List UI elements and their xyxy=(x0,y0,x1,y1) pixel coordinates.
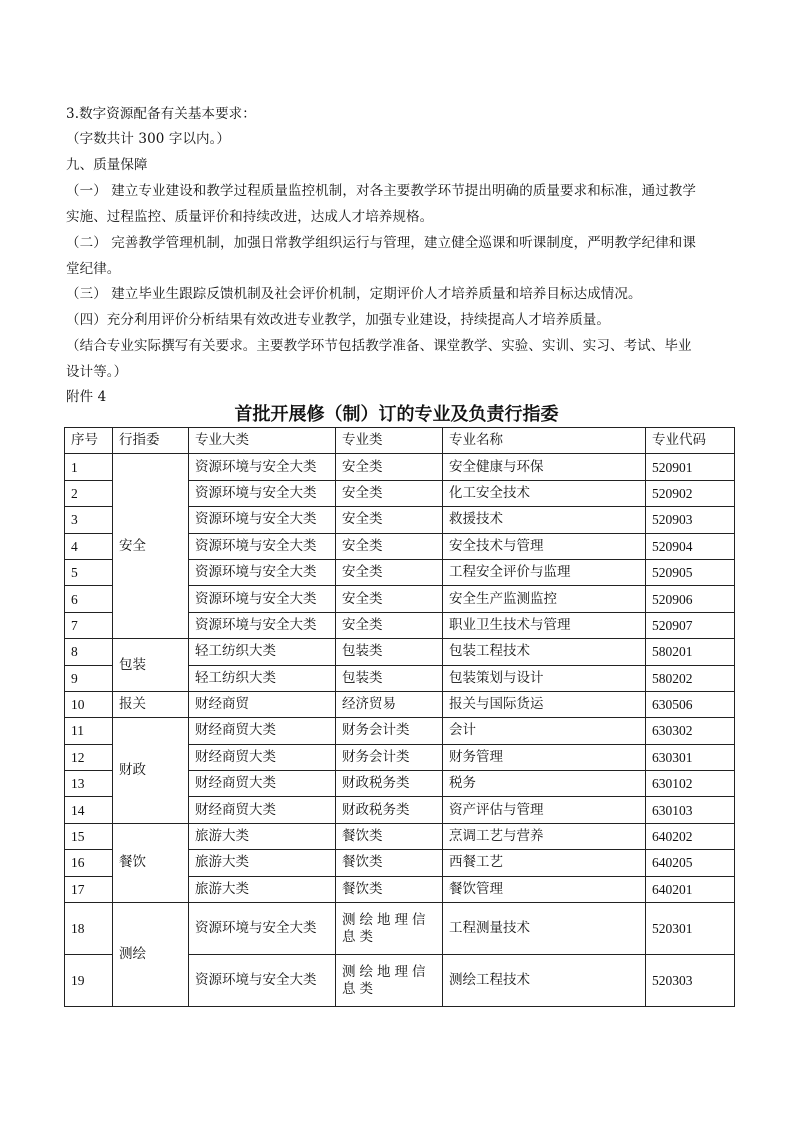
cell-category: 财经商贸大类 xyxy=(189,771,336,797)
cell-category: 财经商贸大类 xyxy=(189,797,336,823)
cell-code: 520905 xyxy=(646,559,735,585)
cell-category: 财经商贸大类 xyxy=(189,744,336,770)
cell-code: 630301 xyxy=(646,744,735,770)
cell-no: 11 xyxy=(65,718,113,744)
cell-category: 资源环境与安全大类 xyxy=(189,955,336,1007)
cell-no: 16 xyxy=(65,850,113,876)
cell-no: 3 xyxy=(65,507,113,533)
cell-category: 资源环境与安全大类 xyxy=(189,612,336,638)
cell-no: 19 xyxy=(65,955,113,1007)
cell-subcategory: 安全类 xyxy=(336,480,443,506)
cell-committee-group: 包装 xyxy=(113,639,189,692)
cell-subcategory: 安全类 xyxy=(336,612,443,638)
cell-no: 2 xyxy=(65,480,113,506)
table-row: 18 测绘 资源环境与安全大类 测绘地理信息类 工程测量技术 520301 xyxy=(65,903,735,955)
cell-code: 520903 xyxy=(646,507,735,533)
paragraph-quality-4: （四）充分利用评价分析结果有效改进专业教学，加强专业建设，持续提高人才培养质量。 xyxy=(66,312,610,329)
cell-major: 包装工程技术 xyxy=(443,639,646,665)
cell-no: 8 xyxy=(65,639,113,665)
cell-category: 财经商贸大类 xyxy=(189,718,336,744)
cell-major: 包装策划与设计 xyxy=(443,665,646,691)
cell-code: 630103 xyxy=(646,797,735,823)
table-header-row: 序号 行指委 专业大类 专业类 专业名称 专业代码 xyxy=(65,428,735,454)
cell-major: 西餐工艺 xyxy=(443,850,646,876)
section-heading-digital-resources: 3.数字资源配备有关基本要求： xyxy=(66,106,256,123)
cell-major: 烹调工艺与营养 xyxy=(443,823,646,849)
cell-committee-group: 安全 xyxy=(113,454,189,639)
table-row: 1 安全 资源环境与安全大类 安全类 安全健康与环保 520901 xyxy=(65,454,735,480)
cell-major: 安全健康与环保 xyxy=(443,454,646,480)
cell-subcategory: 测绘地理信息类 xyxy=(336,955,443,1007)
cell-code: 520906 xyxy=(646,586,735,612)
cell-category: 资源环境与安全大类 xyxy=(189,559,336,585)
cell-code: 520904 xyxy=(646,533,735,559)
cell-no: 12 xyxy=(65,744,113,770)
cell-code: 520301 xyxy=(646,903,735,955)
cell-subcategory: 测绘地理信息类 xyxy=(336,903,443,955)
cell-subcategory: 包装类 xyxy=(336,665,443,691)
cell-code: 640201 xyxy=(646,876,735,902)
cell-category: 资源环境与安全大类 xyxy=(189,507,336,533)
table-row: 11 财政 财经商贸大类 财务会计类 会计 630302 xyxy=(65,718,735,744)
cell-subcategory: 安全类 xyxy=(336,507,443,533)
cell-committee-group: 报关 xyxy=(113,691,189,717)
cell-category: 资源环境与安全大类 xyxy=(189,903,336,955)
cell-major: 财务管理 xyxy=(443,744,646,770)
cell-category: 旅游大类 xyxy=(189,876,336,902)
cell-subcategory: 财务会计类 xyxy=(336,718,443,744)
cell-subcategory: 安全类 xyxy=(336,533,443,559)
cell-category: 财经商贸 xyxy=(189,691,336,717)
paragraph-quality-1a: （一） 建立专业建设和教学过程质量监控机制，对各主要教学环节提出明确的质量要求和… xyxy=(66,183,696,200)
cell-subcategory: 餐饮类 xyxy=(336,850,443,876)
cell-no: 15 xyxy=(65,823,113,849)
cell-category: 资源环境与安全大类 xyxy=(189,454,336,480)
paragraph-note-a: （结合专业实际撰写有关要求。主要教学环节包括教学准备、课堂教学、实验、实训、实习… xyxy=(66,338,692,355)
cell-no: 13 xyxy=(65,771,113,797)
cell-code: 580201 xyxy=(646,639,735,665)
cell-no: 6 xyxy=(65,586,113,612)
cell-major: 工程安全评价与监理 xyxy=(443,559,646,585)
majors-table: 序号 行指委 专业大类 专业类 专业名称 专业代码 1 安全 资源环境与安全大类… xyxy=(64,427,735,1007)
cell-major: 化工安全技术 xyxy=(443,480,646,506)
cell-major: 安全生产监测监控 xyxy=(443,586,646,612)
paragraph-quality-1b: 实施、过程监控、质量评价和持续改进，达成人才培养规格。 xyxy=(66,209,433,226)
paragraph-quality-2b: 堂纪律。 xyxy=(66,261,120,278)
cell-committee-group: 测绘 xyxy=(113,903,189,1007)
table-row: 8 包装 轻工纺织大类 包装类 包装工程技术 580201 xyxy=(65,639,735,665)
header-committee: 行指委 xyxy=(113,428,189,454)
cell-code: 640205 xyxy=(646,850,735,876)
cell-major: 会计 xyxy=(443,718,646,744)
cell-committee-group: 财政 xyxy=(113,718,189,824)
cell-category: 资源环境与安全大类 xyxy=(189,533,336,559)
cell-no: 1 xyxy=(65,454,113,480)
table-row: 10 报关 财经商贸 经济贸易 报关与国际货运 630506 xyxy=(65,691,735,717)
cell-no: 5 xyxy=(65,559,113,585)
header-category: 专业大类 xyxy=(189,428,336,454)
paragraph-quality-2a: （二） 完善教学管理机制，加强日常教学组织运行与管理，建立健全巡课和听课制度，严… xyxy=(66,235,696,252)
cell-major: 职业卫生技术与管理 xyxy=(443,612,646,638)
cell-code: 630102 xyxy=(646,771,735,797)
cell-no: 18 xyxy=(65,903,113,955)
header-no: 序号 xyxy=(65,428,113,454)
cell-category: 资源环境与安全大类 xyxy=(189,586,336,612)
cell-major: 报关与国际货运 xyxy=(443,691,646,717)
note-word-limit: （字数共计 300 字以内。） xyxy=(66,131,230,148)
cell-code: 630302 xyxy=(646,718,735,744)
cell-code: 520902 xyxy=(646,480,735,506)
cell-subcategory: 财务会计类 xyxy=(336,744,443,770)
cell-category: 旅游大类 xyxy=(189,850,336,876)
cell-no: 9 xyxy=(65,665,113,691)
table-row: 15 餐饮 旅游大类 餐饮类 烹调工艺与营养 640202 xyxy=(65,823,735,849)
cell-no: 17 xyxy=(65,876,113,902)
cell-major: 餐饮管理 xyxy=(443,876,646,902)
cell-no: 14 xyxy=(65,797,113,823)
cell-category: 轻工纺织大类 xyxy=(189,665,336,691)
table-title: 首批开展修（制）订的专业及负责行指委 xyxy=(0,404,793,426)
cell-category: 旅游大类 xyxy=(189,823,336,849)
cell-category: 轻工纺织大类 xyxy=(189,639,336,665)
cell-code: 520901 xyxy=(646,454,735,480)
cell-major: 工程测量技术 xyxy=(443,903,646,955)
cell-subcategory: 餐饮类 xyxy=(336,876,443,902)
cell-major: 安全技术与管理 xyxy=(443,533,646,559)
cell-code: 520303 xyxy=(646,955,735,1007)
paragraph-note-b: 设计等。） xyxy=(66,364,127,381)
cell-subcategory: 餐饮类 xyxy=(336,823,443,849)
cell-code: 630506 xyxy=(646,691,735,717)
header-major: 专业名称 xyxy=(443,428,646,454)
section-heading-quality: 九、质量保障 xyxy=(66,157,148,174)
cell-major: 测绘工程技术 xyxy=(443,955,646,1007)
cell-subcategory: 安全类 xyxy=(336,559,443,585)
cell-subcategory: 安全类 xyxy=(336,586,443,612)
header-code: 专业代码 xyxy=(646,428,735,454)
header-subcategory: 专业类 xyxy=(336,428,443,454)
cell-code: 640202 xyxy=(646,823,735,849)
paragraph-quality-3: （三） 建立毕业生跟踪反馈机制及社会评价机制，定期评价人才培养质量和培养目标达成… xyxy=(66,286,642,303)
cell-subcategory: 财政税务类 xyxy=(336,771,443,797)
cell-subcategory: 财政税务类 xyxy=(336,797,443,823)
cell-no: 7 xyxy=(65,612,113,638)
cell-category: 资源环境与安全大类 xyxy=(189,480,336,506)
cell-subcategory: 经济贸易 xyxy=(336,691,443,717)
cell-major: 税务 xyxy=(443,771,646,797)
document-page: 3.数字资源配备有关基本要求： （字数共计 300 字以内。） 九、质量保障 （… xyxy=(0,0,793,1122)
cell-code: 520907 xyxy=(646,612,735,638)
cell-code: 580202 xyxy=(646,665,735,691)
cell-no: 4 xyxy=(65,533,113,559)
cell-major: 救援技术 xyxy=(443,507,646,533)
cell-subcategory: 包装类 xyxy=(336,639,443,665)
cell-major: 资产评估与管理 xyxy=(443,797,646,823)
cell-subcategory: 安全类 xyxy=(336,454,443,480)
cell-committee-group: 餐饮 xyxy=(113,823,189,902)
cell-no: 10 xyxy=(65,691,113,717)
